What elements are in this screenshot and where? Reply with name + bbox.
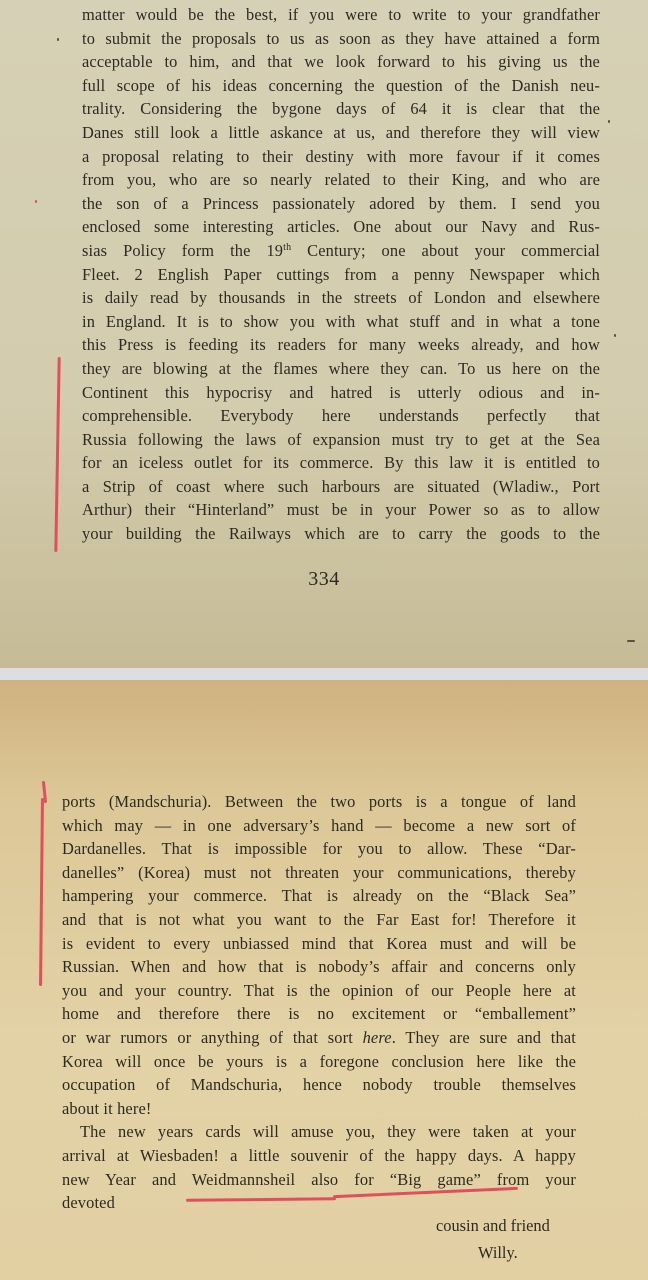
text-line: arrival at Wiesbaden! a little souvenir … xyxy=(62,1144,576,1168)
letter-closing: cousin and friend xyxy=(436,1214,550,1238)
page-number: 334 xyxy=(0,568,648,591)
ink-speck xyxy=(614,334,616,337)
text-line: devoted xyxy=(62,1191,576,1215)
text-line: in England. It is to show you with what … xyxy=(82,310,600,334)
text-segment: sias Policy form the 19 xyxy=(82,241,283,260)
text-line: sias Policy form the 19th Century; one a… xyxy=(82,239,600,263)
text-line: enclosed some interesting articles. One … xyxy=(82,215,600,239)
text-segment: or war rumors or anything of that sort xyxy=(62,1028,363,1047)
text-line: hampering your commerce. That is already… xyxy=(62,884,576,908)
text-line: matter would be the best, if you were to… xyxy=(82,3,600,27)
text-line: new Year and Weidmannsheil also for “Big… xyxy=(62,1168,576,1192)
text-line: Russian. When and how that is nobody’s a… xyxy=(62,955,576,979)
bottom-page-text: ports (Mandschuria). Between the two por… xyxy=(62,790,576,1215)
red-dot-mark xyxy=(35,200,37,203)
text-line: about it here! xyxy=(62,1097,576,1121)
text-line: Fleet. 2 English Paper cuttings from a p… xyxy=(82,263,600,287)
text-line: ports (Mandschuria). Between the two por… xyxy=(62,790,576,814)
text-line: is daily read by thousands in the street… xyxy=(82,286,600,310)
ink-speck xyxy=(608,120,610,123)
italic-word: here xyxy=(363,1028,392,1047)
red-margin-line-annotation xyxy=(54,357,60,552)
text-line: occupation of Mandschuria, hence nobody … xyxy=(62,1073,576,1097)
text-line: trality. Considering the bygone days of … xyxy=(82,97,600,121)
text-line: they are blowing at the flames where the… xyxy=(82,357,600,381)
text-line: or war rumors or anything of that sort h… xyxy=(62,1026,576,1050)
text-line: Continent this hypocrisy and hatred is u… xyxy=(82,381,600,405)
text-line: from you, who are so nearly related to t… xyxy=(82,168,600,192)
top-page-scan: matter would be the best, if you were to… xyxy=(0,0,648,668)
text-line: danelles” (Korea) must not threaten your… xyxy=(62,861,576,885)
text-line: a proposal relating to their destiny wit… xyxy=(82,145,600,169)
text-line: a Strip of coast where such harbours are… xyxy=(82,475,600,499)
text-line: Dardanelles. That is impossible for you … xyxy=(62,837,576,861)
text-line: you and your country. That is the opinio… xyxy=(62,979,576,1003)
text-segment: . They are sure and that xyxy=(392,1028,576,1047)
text-line: home and therefore there is no excitemen… xyxy=(62,1002,576,1026)
text-line: full scope of his ideas concerning the q… xyxy=(82,74,600,98)
red-margin-line-annotation xyxy=(39,798,44,986)
text-line: your building the Railways which are to … xyxy=(82,522,600,546)
text-line: this Press is feeding its readers for ma… xyxy=(82,333,600,357)
text-line: Russia following the laws of expansion m… xyxy=(82,428,600,452)
text-segment: Century; one about your commercial xyxy=(291,241,600,260)
text-line: Korea will once be yours is a foregone c… xyxy=(62,1050,576,1074)
text-line: acceptable to him, and that we look forw… xyxy=(82,50,600,74)
ink-speck xyxy=(627,640,635,642)
text-line: comprehensible. Everybody here understan… xyxy=(82,404,600,428)
text-line: for an iceless outlet for its commerce. … xyxy=(82,451,600,475)
letter-signature: Willy. xyxy=(478,1241,518,1265)
text-line: Arthur) their “Hinterland” must be in yo… xyxy=(82,498,600,522)
text-line: is evident to every unbiassed mind that … xyxy=(62,932,576,956)
top-page-text: matter would be the best, if you were to… xyxy=(82,3,600,546)
text-line: The new years cards will amuse you, they… xyxy=(62,1120,576,1144)
text-line: Danes still look a little askance at us,… xyxy=(82,121,600,145)
ink-speck xyxy=(57,38,59,41)
text-line: to submit the proposals to us as soon as… xyxy=(82,27,600,51)
text-line: and that is not what you want to the Far… xyxy=(62,908,576,932)
page-separator xyxy=(0,668,648,680)
text-line: which may — in one adversary’s hand — be… xyxy=(62,814,576,838)
text-line: the son of a Princess passionately adore… xyxy=(82,192,600,216)
